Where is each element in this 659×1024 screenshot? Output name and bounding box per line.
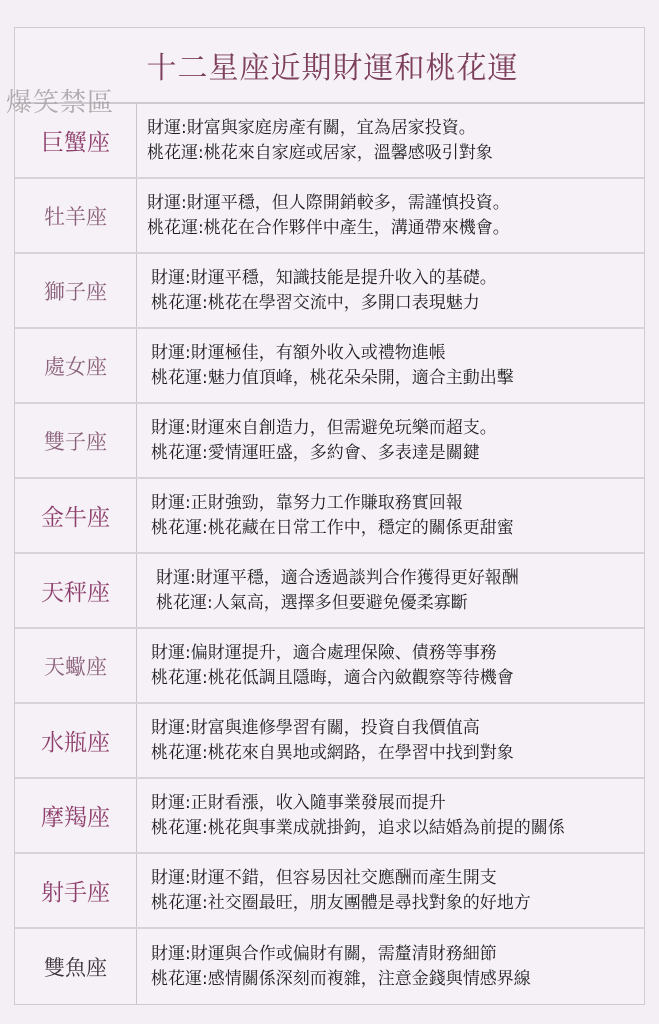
table-row: 射手座 財運:財運不錯，但容易因社交應酬而產生開支 桃花運:社交圈最旺，朋友團體…: [15, 854, 644, 929]
table-row: 水瓶座 財運:財富與進修學習有關，投資自我價值高 桃花運:桃花來自異地或網路，在…: [15, 704, 644, 779]
sign-name: 金牛座: [15, 479, 137, 552]
money-fortune: 財運:財運平穩，知識技能是提升收入的基礎。: [151, 266, 497, 291]
money-fortune: 財運:財富與進修學習有關，投資自我價值高: [151, 716, 514, 741]
table-row: 金牛座 財運:正財強勁，靠努力工作賺取務實回報 桃花運:桃花藏在日常工作中，穩定…: [15, 479, 644, 554]
sign-name: 處女座: [15, 329, 137, 402]
fortune-cell: 財運:財運與合作或偏財有關，需釐清財務細節 桃花運:感情關係深刻而複雜，注意金錢…: [137, 929, 531, 1004]
fortune-cell: 財運:財運來自創造力，但需避免玩樂而超支。 桃花運:愛情運旺盛，多約會、多表達是…: [137, 404, 497, 477]
fortune-cell: 財運:偏財運提升，適合處理保險、債務等事務 桃花運:桃花低調且隱晦，適合內斂觀察…: [137, 629, 514, 702]
table-row: 天蠍座 財運:偏財運提升，適合處理保險、債務等事務 桃花運:桃花低調且隱晦，適合…: [15, 629, 644, 704]
watermark: 爆笑禁區: [6, 82, 114, 119]
table-row: 天秤座 財運:財運平穩，適合透過談判合作獲得更好報酬 桃花運:人氣高，選擇多但要…: [15, 554, 644, 629]
fortune-cell: 財運:財運平穩，知識技能是提升收入的基礎。 桃花運:桃花在學習交流中，多開口表現…: [137, 254, 497, 327]
sign-name: 摩羯座: [15, 779, 137, 852]
sign-name: 雙子座: [15, 404, 137, 477]
love-fortune: 桃花運:桃花在學習交流中，多開口表現魅力: [151, 291, 497, 316]
money-fortune: 財運:財富與家庭房產有關，宜為居家投資。: [147, 116, 493, 141]
fortune-cell: 財運:財富與家庭房產有關，宜為居家投資。 桃花運:桃花來自家庭或居家，溫馨感吸引…: [137, 104, 493, 177]
table-row: 處女座 財運:財運極佳，有額外收入或禮物進帳 桃花運:魅力值頂峰，桃花朵朵開，適…: [15, 329, 644, 404]
fortune-cell: 財運:財運平穩，但人際開銷較多，需謹慎投資。 桃花運:桃花在合作夥伴中產生，溝通…: [137, 179, 510, 252]
fortune-cell: 財運:正財看漲，收入隨事業發展而提升 桃花運:桃花與事業成就掛鉤，追求以結婚為前…: [137, 779, 565, 852]
love-fortune: 桃花運:桃花在合作夥伴中產生，溝通帶來機會。: [147, 216, 510, 241]
fortune-cell: 財運:正財強勁，靠努力工作賺取務實回報 桃花運:桃花藏在日常工作中，穩定的關係更…: [137, 479, 514, 552]
money-fortune: 財運:財運來自創造力，但需避免玩樂而超支。: [151, 416, 497, 441]
love-fortune: 桃花運:桃花與事業成就掛鉤，追求以結婚為前提的關係: [151, 816, 565, 841]
sign-name: 天秤座: [15, 554, 137, 627]
fortune-cell: 財運:財運極佳，有額外收入或禮物進帳 桃花運:魅力值頂峰，桃花朵朵開，適合主動出…: [137, 329, 514, 402]
money-fortune: 財運:財運平穩，適合透過談判合作獲得更好報酬: [156, 566, 519, 591]
table-row: 雙子座 財運:財運來自創造力，但需避免玩樂而超支。 桃花運:愛情運旺盛，多約會、…: [15, 404, 644, 479]
money-fortune: 財運:正財強勁，靠努力工作賺取務實回報: [151, 491, 514, 516]
money-fortune: 財運:財運不錯，但容易因社交應酬而產生開支: [151, 866, 531, 891]
love-fortune: 桃花運:桃花低調且隱晦，適合內斂觀察等待機會: [151, 666, 514, 691]
love-fortune: 桃花運:社交圈最旺，朋友團體是尋找對象的好地方: [151, 891, 531, 916]
love-fortune: 桃花運:魅力值頂峰，桃花朵朵開，適合主動出擊: [151, 366, 514, 391]
horoscope-table: 十二星座近期財運和桃花運 巨蟹座 財運:財富與家庭房產有關，宜為居家投資。 桃花…: [14, 27, 645, 1005]
money-fortune: 財運:財運平穩，但人際開銷較多，需謹慎投資。: [147, 191, 510, 216]
sign-name: 牡羊座: [15, 179, 137, 252]
sign-name: 水瓶座: [15, 704, 137, 777]
money-fortune: 財運:偏財運提升，適合處理保險、債務等事務: [151, 641, 514, 666]
fortune-cell: 財運:財運不錯，但容易因社交應酬而產生開支 桃花運:社交圈最旺，朋友團體是尋找對…: [137, 854, 531, 927]
love-fortune: 桃花運:桃花來自家庭或居家，溫馨感吸引對象: [147, 141, 493, 166]
sign-name: 天蠍座: [15, 629, 137, 702]
money-fortune: 財運:正財看漲，收入隨事業發展而提升: [151, 791, 565, 816]
money-fortune: 財運:財運與合作或偏財有關，需釐清財務細節: [151, 942, 531, 967]
page-title: 十二星座近期財運和桃花運: [141, 43, 519, 87]
table-row: 雙魚座 財運:財運與合作或偏財有關，需釐清財務細節 桃花運:感情關係深刻而複雜，…: [15, 929, 644, 1004]
money-fortune: 財運:財運極佳，有額外收入或禮物進帳: [151, 341, 514, 366]
sign-name: 獅子座: [15, 254, 137, 327]
love-fortune: 桃花運:桃花藏在日常工作中，穩定的關係更甜蜜: [151, 516, 514, 541]
table-row: 摩羯座 財運:正財看漲，收入隨事業發展而提升 桃花運:桃花與事業成就掛鉤，追求以…: [15, 779, 644, 854]
sign-name: 雙魚座: [15, 929, 137, 1004]
love-fortune: 桃花運:桃花來自異地或網路，在學習中找到對象: [151, 741, 514, 766]
table-row: 獅子座 財運:財運平穩，知識技能是提升收入的基礎。 桃花運:桃花在學習交流中，多…: [15, 254, 644, 329]
sign-name: 射手座: [15, 854, 137, 927]
love-fortune: 桃花運:感情關係深刻而複雜，注意金錢與情感界線: [151, 967, 531, 992]
fortune-cell: 財運:財富與進修學習有關，投資自我價值高 桃花運:桃花來自異地或網路，在學習中找…: [137, 704, 514, 777]
fortune-cell: 財運:財運平穩，適合透過談判合作獲得更好報酬 桃花運:人氣高，選擇多但要避免優柔…: [137, 554, 519, 627]
love-fortune: 桃花運:人氣高，選擇多但要避免優柔寡斷: [156, 591, 519, 616]
love-fortune: 桃花運:愛情運旺盛，多約會、多表達是關鍵: [151, 441, 497, 466]
table-row: 牡羊座 財運:財運平穩，但人際開銷較多，需謹慎投資。 桃花運:桃花在合作夥伴中產…: [15, 179, 644, 254]
